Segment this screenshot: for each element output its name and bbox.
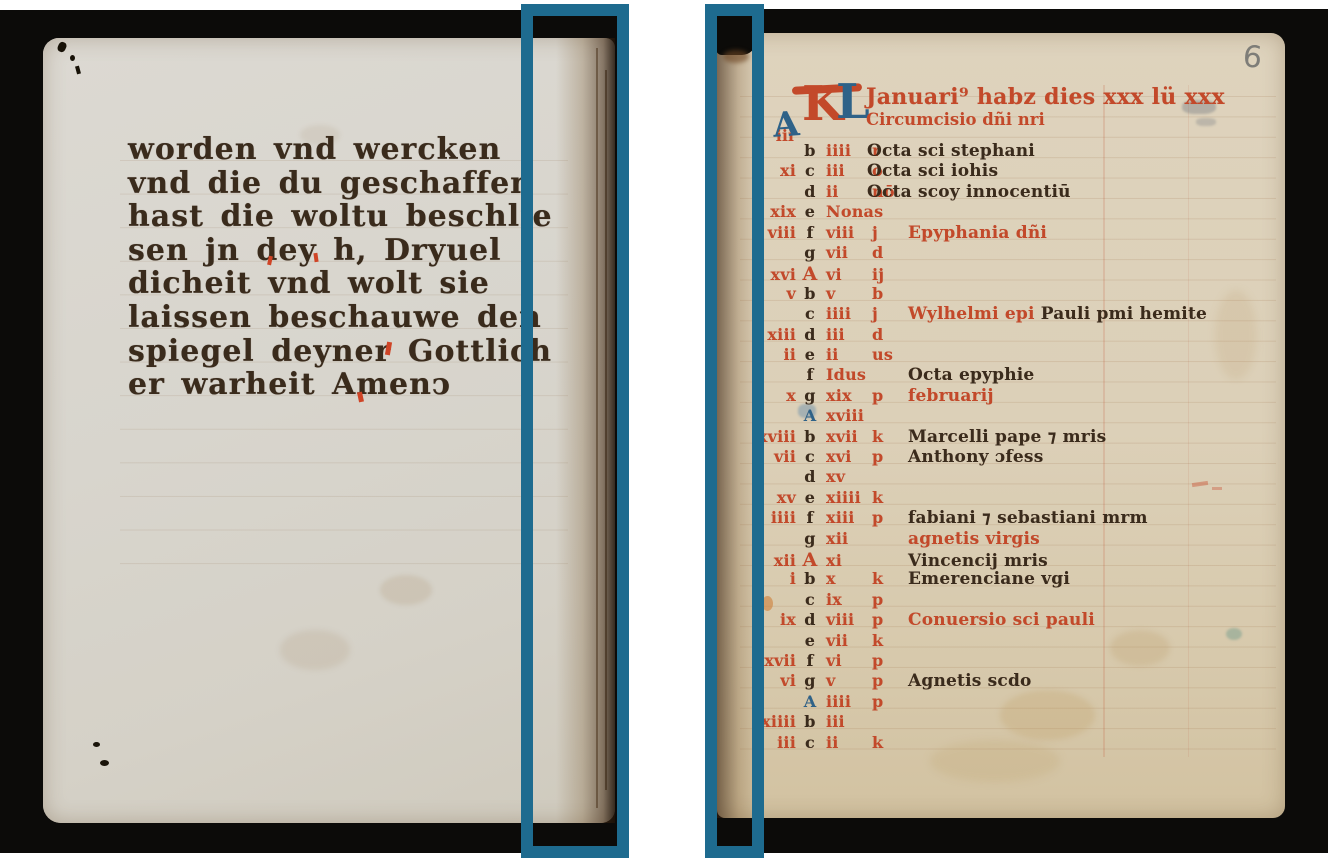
dominical-letter: A (800, 263, 820, 285)
calendar-row: xviiibxviikMarcelli pape ⁊ mris (750, 427, 1280, 448)
day-count: xiii (820, 508, 872, 527)
day-count: iii (820, 161, 872, 180)
gutter-highlight-frame-right (705, 4, 764, 858)
day-count: iiii (820, 304, 872, 323)
calendar-mark: k (872, 733, 900, 752)
calendar-row: Aiiiip (750, 692, 1280, 713)
day-count: vii (820, 631, 872, 650)
feast-entry: Wylhelmi epi Pauli pmi hemite (908, 304, 1207, 324)
left-page-text: worden vnd werckenvnd die du geschaffenh… (128, 133, 588, 402)
calendar-mark: ij (872, 265, 900, 284)
dominical-letter: A (800, 406, 820, 425)
day-count: iii (820, 325, 872, 344)
day-count: v (820, 284, 872, 303)
feast-entry: Emerenciane vgi (908, 569, 1070, 589)
feast-entry: agnetis virgis (908, 529, 1040, 549)
dominical-letter-jan1: A (772, 107, 801, 143)
calendar-first-feast: Circumcisio dñi nri (866, 110, 1045, 129)
day-count: v (820, 671, 872, 690)
kl-monogram-l: L (836, 78, 870, 126)
calendar-mark: p (872, 671, 900, 690)
day-count: ii (820, 345, 872, 364)
dominical-letter: A (800, 692, 820, 711)
calendar-row: xiiidiiid (750, 325, 1280, 346)
day-count: xvii (820, 427, 872, 446)
calendar-row: xvexiiiik (750, 488, 1280, 509)
feast-entry: Octa epyphie (908, 365, 1034, 385)
feast-entry: Marcelli pape ⁊ mris (908, 427, 1106, 447)
calendar-mark: p (872, 386, 900, 405)
dominical-letter: c (800, 590, 820, 609)
feast-entry: fabiani ⁊ sebastiani mrm (908, 508, 1148, 528)
dominical-letter: f (800, 223, 820, 242)
day-count: iii (820, 712, 872, 731)
dominical-letter: d (800, 182, 820, 201)
calendar-row: xgxixpfebruarij (750, 386, 1280, 407)
day-count: vi (820, 651, 872, 670)
calendar-row: eviik (750, 631, 1280, 652)
dominical-letter: b (800, 569, 820, 588)
dominical-letter: b (800, 141, 820, 160)
day-count: ii (820, 733, 872, 752)
dominical-letter: g (800, 671, 820, 690)
day-count: xiiii (820, 488, 872, 507)
calendar-row: viicxvipAnthony ɔfess (750, 447, 1280, 468)
feast-entry: Agnetis scdo (908, 671, 1032, 691)
calendar-mark: k (872, 488, 900, 507)
calendar-row: ibxkEmerenciane vgi (750, 569, 1280, 590)
manuscript-text-line: spiegel deyner Gottlich (128, 335, 588, 369)
manuscript-text-line: laissen beschauwe den (128, 301, 588, 335)
dominical-letter: b (800, 284, 820, 303)
manuscript-text-line: dicheit vnd wolt sie (128, 267, 588, 301)
calendar-row: vigvpAgnetis scdo (750, 671, 1280, 692)
dominical-letter: c (800, 733, 820, 752)
calendar-mark: k (872, 631, 900, 650)
calendar-row: biiiirOcta sci stephani (750, 141, 1280, 162)
calendar-row: dxv (750, 467, 1280, 488)
calendar-mark: d (872, 325, 900, 344)
day-count: xii (820, 529, 872, 548)
day-count: viii (820, 610, 872, 629)
day-count: ix (820, 590, 872, 609)
day-count: iiii (820, 692, 872, 711)
calendar-row: iieiius (750, 345, 1280, 366)
calendar-month-title: Januari⁹ habz dies xxx lü xxx (866, 84, 1225, 110)
feast-entry: Anthony ɔfess (908, 447, 1043, 467)
day-count: vi (820, 265, 872, 284)
calendar-mark: us (872, 345, 900, 364)
calendar-mark: p (872, 447, 900, 466)
calendar-row: vbvb (750, 284, 1280, 305)
folio-number: 6 (1241, 39, 1264, 76)
calendar-row: xviAviij (750, 263, 1280, 284)
calendar-mark: j (872, 223, 900, 242)
dominical-letter: d (800, 467, 820, 486)
day-count: viii (820, 223, 872, 242)
feast-entry: Octa sci stephani (867, 141, 1035, 161)
calendar-row: ciiiijWylhelmi epi Pauli pmi hemite (750, 304, 1280, 325)
dominical-letter: c (800, 447, 820, 466)
dominical-letter: e (800, 631, 820, 650)
feast-entry: februarij (908, 386, 994, 406)
feast-entry: Conuersio sci pauli (908, 610, 1095, 630)
feast-entry: Octa scoy innocentiū (867, 182, 1071, 202)
calendar-row: diinōOcta scoy innocentiū (750, 182, 1280, 203)
dominical-letter: e (800, 202, 820, 221)
calendar-row: xiciiioOcta sci iohis (750, 161, 1280, 182)
calendar-row: gviid (750, 243, 1280, 264)
calendar-mark: p (872, 692, 900, 711)
calendar-row: fIdusOcta epyphie (750, 365, 1280, 386)
calendar-mark: p (872, 590, 900, 609)
dominical-letter: e (800, 488, 820, 507)
calendar-mark: b (872, 284, 900, 303)
calendar-row: gxiiagnetis virgis (750, 529, 1280, 550)
dominical-letter: d (800, 325, 820, 344)
calendar-mark: j (872, 304, 900, 323)
day-count: xvi (820, 447, 872, 466)
dominical-letter: c (800, 304, 820, 323)
calendar-row: ixdviiipConuersio sci pauli (750, 610, 1280, 631)
day-count: Nonas (820, 202, 872, 221)
dominical-letter: b (800, 427, 820, 446)
manuscript-text-line: hast die woltu beschlie (128, 200, 588, 234)
day-count: xi (820, 551, 872, 570)
dominical-letter: f (800, 508, 820, 527)
calendar-mark: p (872, 651, 900, 670)
dominical-letter: g (800, 529, 820, 548)
calendar-row: xiiiibiii (750, 712, 1280, 733)
dominical-letter: b (800, 712, 820, 731)
manuscript-text-line: vnd die du geschaffen (128, 167, 588, 201)
day-count: x (820, 569, 872, 588)
dominical-letter: d (800, 610, 820, 629)
feast-entry: Epyphania dñi (908, 223, 1047, 243)
calendar-row: xiiAxiVincencij mris (750, 549, 1280, 570)
calendar-mark: k (872, 569, 900, 588)
calendar-row: iiiifxiiipfabiani ⁊ sebastiani mrm (750, 508, 1280, 529)
day-count: ii (820, 182, 872, 201)
calendar-row: viiifviiijEpyphania dñi (750, 223, 1280, 244)
calendar-mark: d (872, 243, 900, 262)
day-count: vii (820, 243, 872, 262)
calendar-row: xviifvip (750, 651, 1280, 672)
manuscript-text-line: er warheit Amenↄ (128, 368, 588, 402)
dominical-letter: c (800, 161, 820, 180)
manuscript-text-line: sen jn dey h, Dryuel (128, 234, 588, 268)
feast-entry: Vincencij mris (908, 551, 1048, 571)
dominical-letter: g (800, 386, 820, 405)
dominical-letter: A (800, 549, 820, 571)
gutter-highlight-frame-left (521, 4, 629, 858)
manuscript-scan-view: worden vnd werckenvnd die du geschaffenh… (0, 0, 1328, 866)
calendar-row: Axviii (750, 406, 1280, 427)
dominical-letter: f (800, 365, 820, 384)
day-count: iiii (820, 141, 872, 160)
calendar-mark: k (872, 427, 900, 446)
day-count: Idus (820, 365, 872, 384)
day-count: xv (820, 467, 872, 486)
calendar-row: xixeNonas (750, 202, 1280, 223)
calendar-mark: p (872, 508, 900, 527)
dominical-letter: f (800, 651, 820, 670)
calendar-mark: p (872, 610, 900, 629)
day-count: xviii (820, 406, 872, 425)
calendar-row: iiiciik (750, 733, 1280, 754)
feast-entry: Octa sci iohis (867, 161, 998, 181)
dominical-letter: e (800, 345, 820, 364)
day-count: xix (820, 386, 872, 405)
manuscript-text-line: worden vnd wercken (128, 133, 588, 167)
dominical-letter: g (800, 243, 820, 262)
calendar-row: cixp (750, 590, 1280, 611)
